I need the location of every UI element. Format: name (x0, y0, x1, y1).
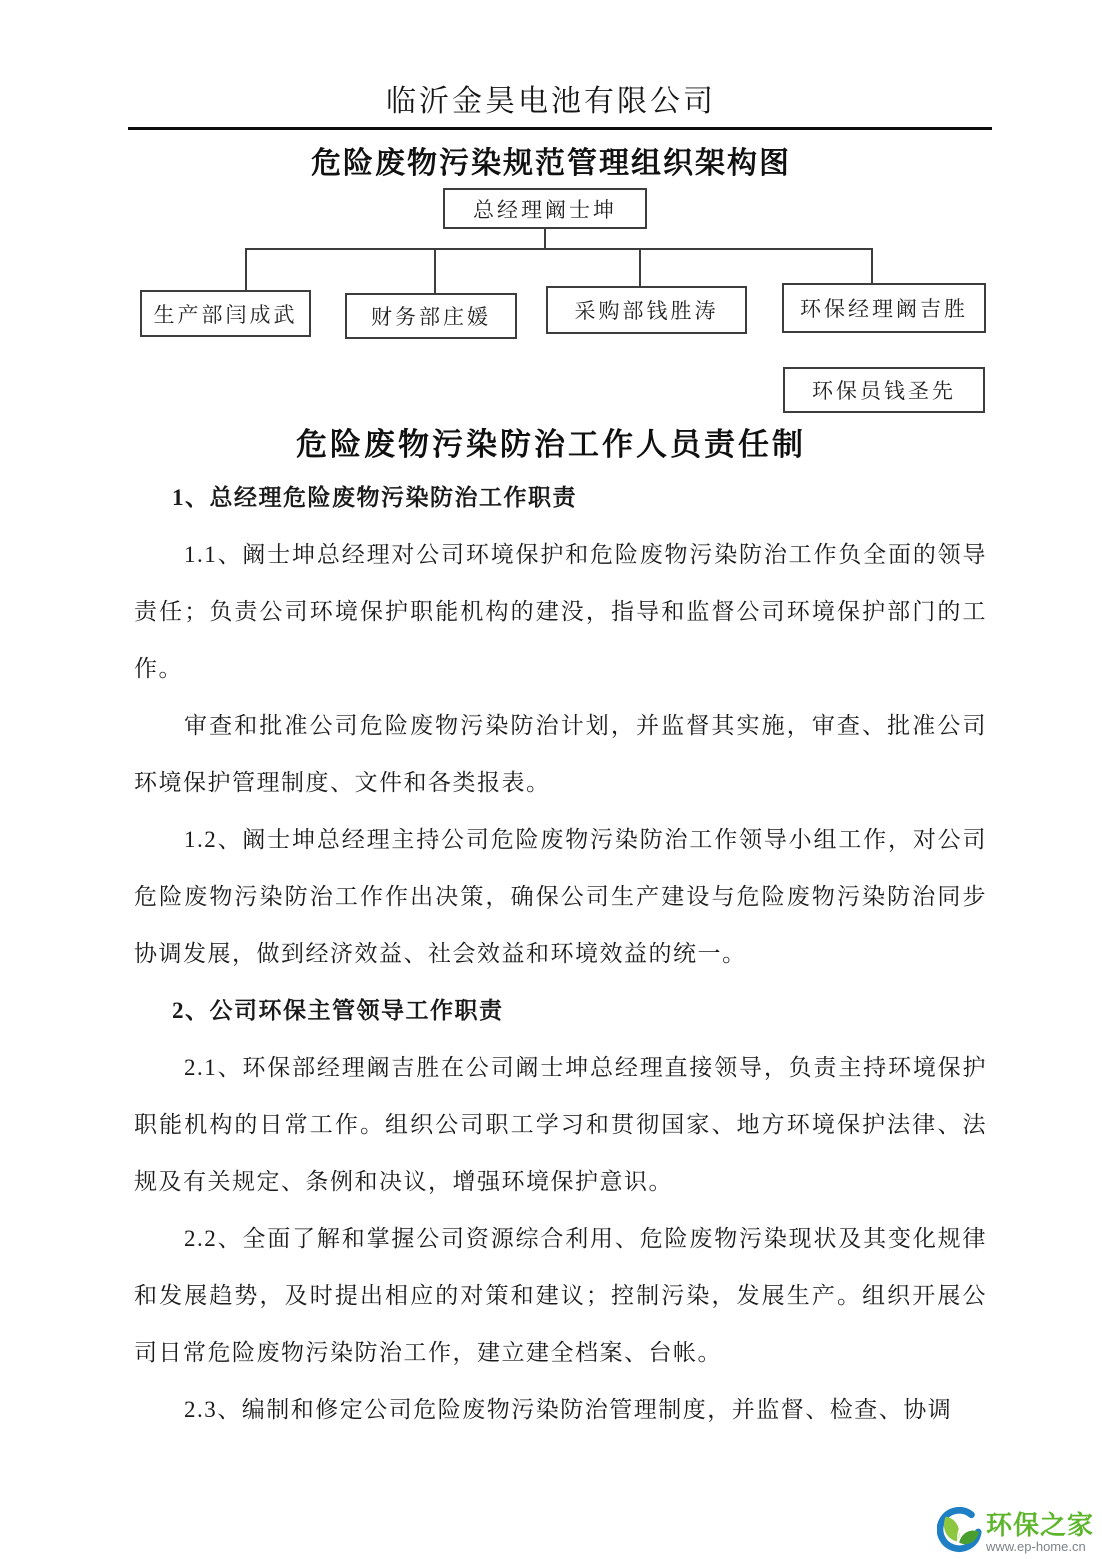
paragraph-2-2: 2.2、全面了解和掌握公司资源综合利用、危险废物污染现状及其变化规律和发展趋势，… (134, 1210, 987, 1381)
document-body: 1、总经理危险废物污染防治工作职责 1.1、阚士坤总经理对公司环境保护和危险废物… (134, 469, 987, 1438)
paragraph-2-1: 2.1、环保部经理阚吉胜在公司阚士坤总经理直接领导，负责主持环境保护职能机构的日… (134, 1039, 987, 1210)
paragraph-1-2: 1.2、阚士坤总经理主持公司危险废物污染防治工作领导小组工作，对公司危险废物污染… (134, 811, 987, 982)
connector-horizontal-bar (245, 248, 873, 250)
paragraph-1-1: 1.1、阚士坤总经理对公司环境保护和危险废物污染防治工作负全面的领导责任；负责公… (134, 526, 987, 697)
org-node-ep-manager: 环保经理阚吉胜 (782, 283, 986, 333)
org-node-ep-staff: 环保员钱圣先 (783, 367, 985, 413)
watermark-logo: 环保之家 www.ep-home.cn (937, 1507, 1094, 1557)
document-page: 临沂金昊电池有限公司 危险废物污染规范管理组织架构图 总经理阚士坤 生产部闫成武… (0, 0, 1102, 1559)
document-subtitle: 危险废物污染防治工作人员责任制 (0, 419, 1102, 464)
header-rule (128, 127, 992, 130)
connector-stub-ep-manager (871, 250, 873, 283)
paragraph-2-3: 2.3、编制和修定公司危险废物污染防治管理制度，并监督、检查、协调 (134, 1381, 987, 1438)
leaf-globe-icon (937, 1507, 983, 1557)
section-2-heading: 2、公司环保主管领导工作职责 (134, 982, 987, 1039)
connector-stub-production (245, 250, 247, 290)
paragraph-1-review: 审查和批准公司危险废物污染防治计划，并监督其实施，审查、批准公司环境保护管理制度… (134, 697, 987, 811)
connector-stub-purchasing (639, 250, 641, 286)
watermark-text: 环保之家 www.ep-home.cn (986, 1512, 1094, 1553)
connector-root-stub (544, 229, 546, 249)
org-node-finance-dept: 财务部庄媛 (345, 293, 517, 339)
watermark-url: www.ep-home.cn (986, 1540, 1094, 1553)
connector-stub-finance (434, 250, 436, 293)
company-title: 临沂金昊电池有限公司 (0, 76, 1102, 120)
org-node-production-dept: 生产部闫成武 (140, 290, 311, 337)
section-1-heading: 1、总经理危险废物污染防治工作职责 (134, 469, 987, 526)
org-chart-title: 危险废物污染规范管理组织架构图 (0, 138, 1102, 182)
org-node-purchasing-dept: 采购部钱胜涛 (546, 286, 747, 334)
org-node-general-manager: 总经理阚士坤 (443, 188, 647, 229)
watermark-name: 环保之家 (986, 1512, 1094, 1538)
